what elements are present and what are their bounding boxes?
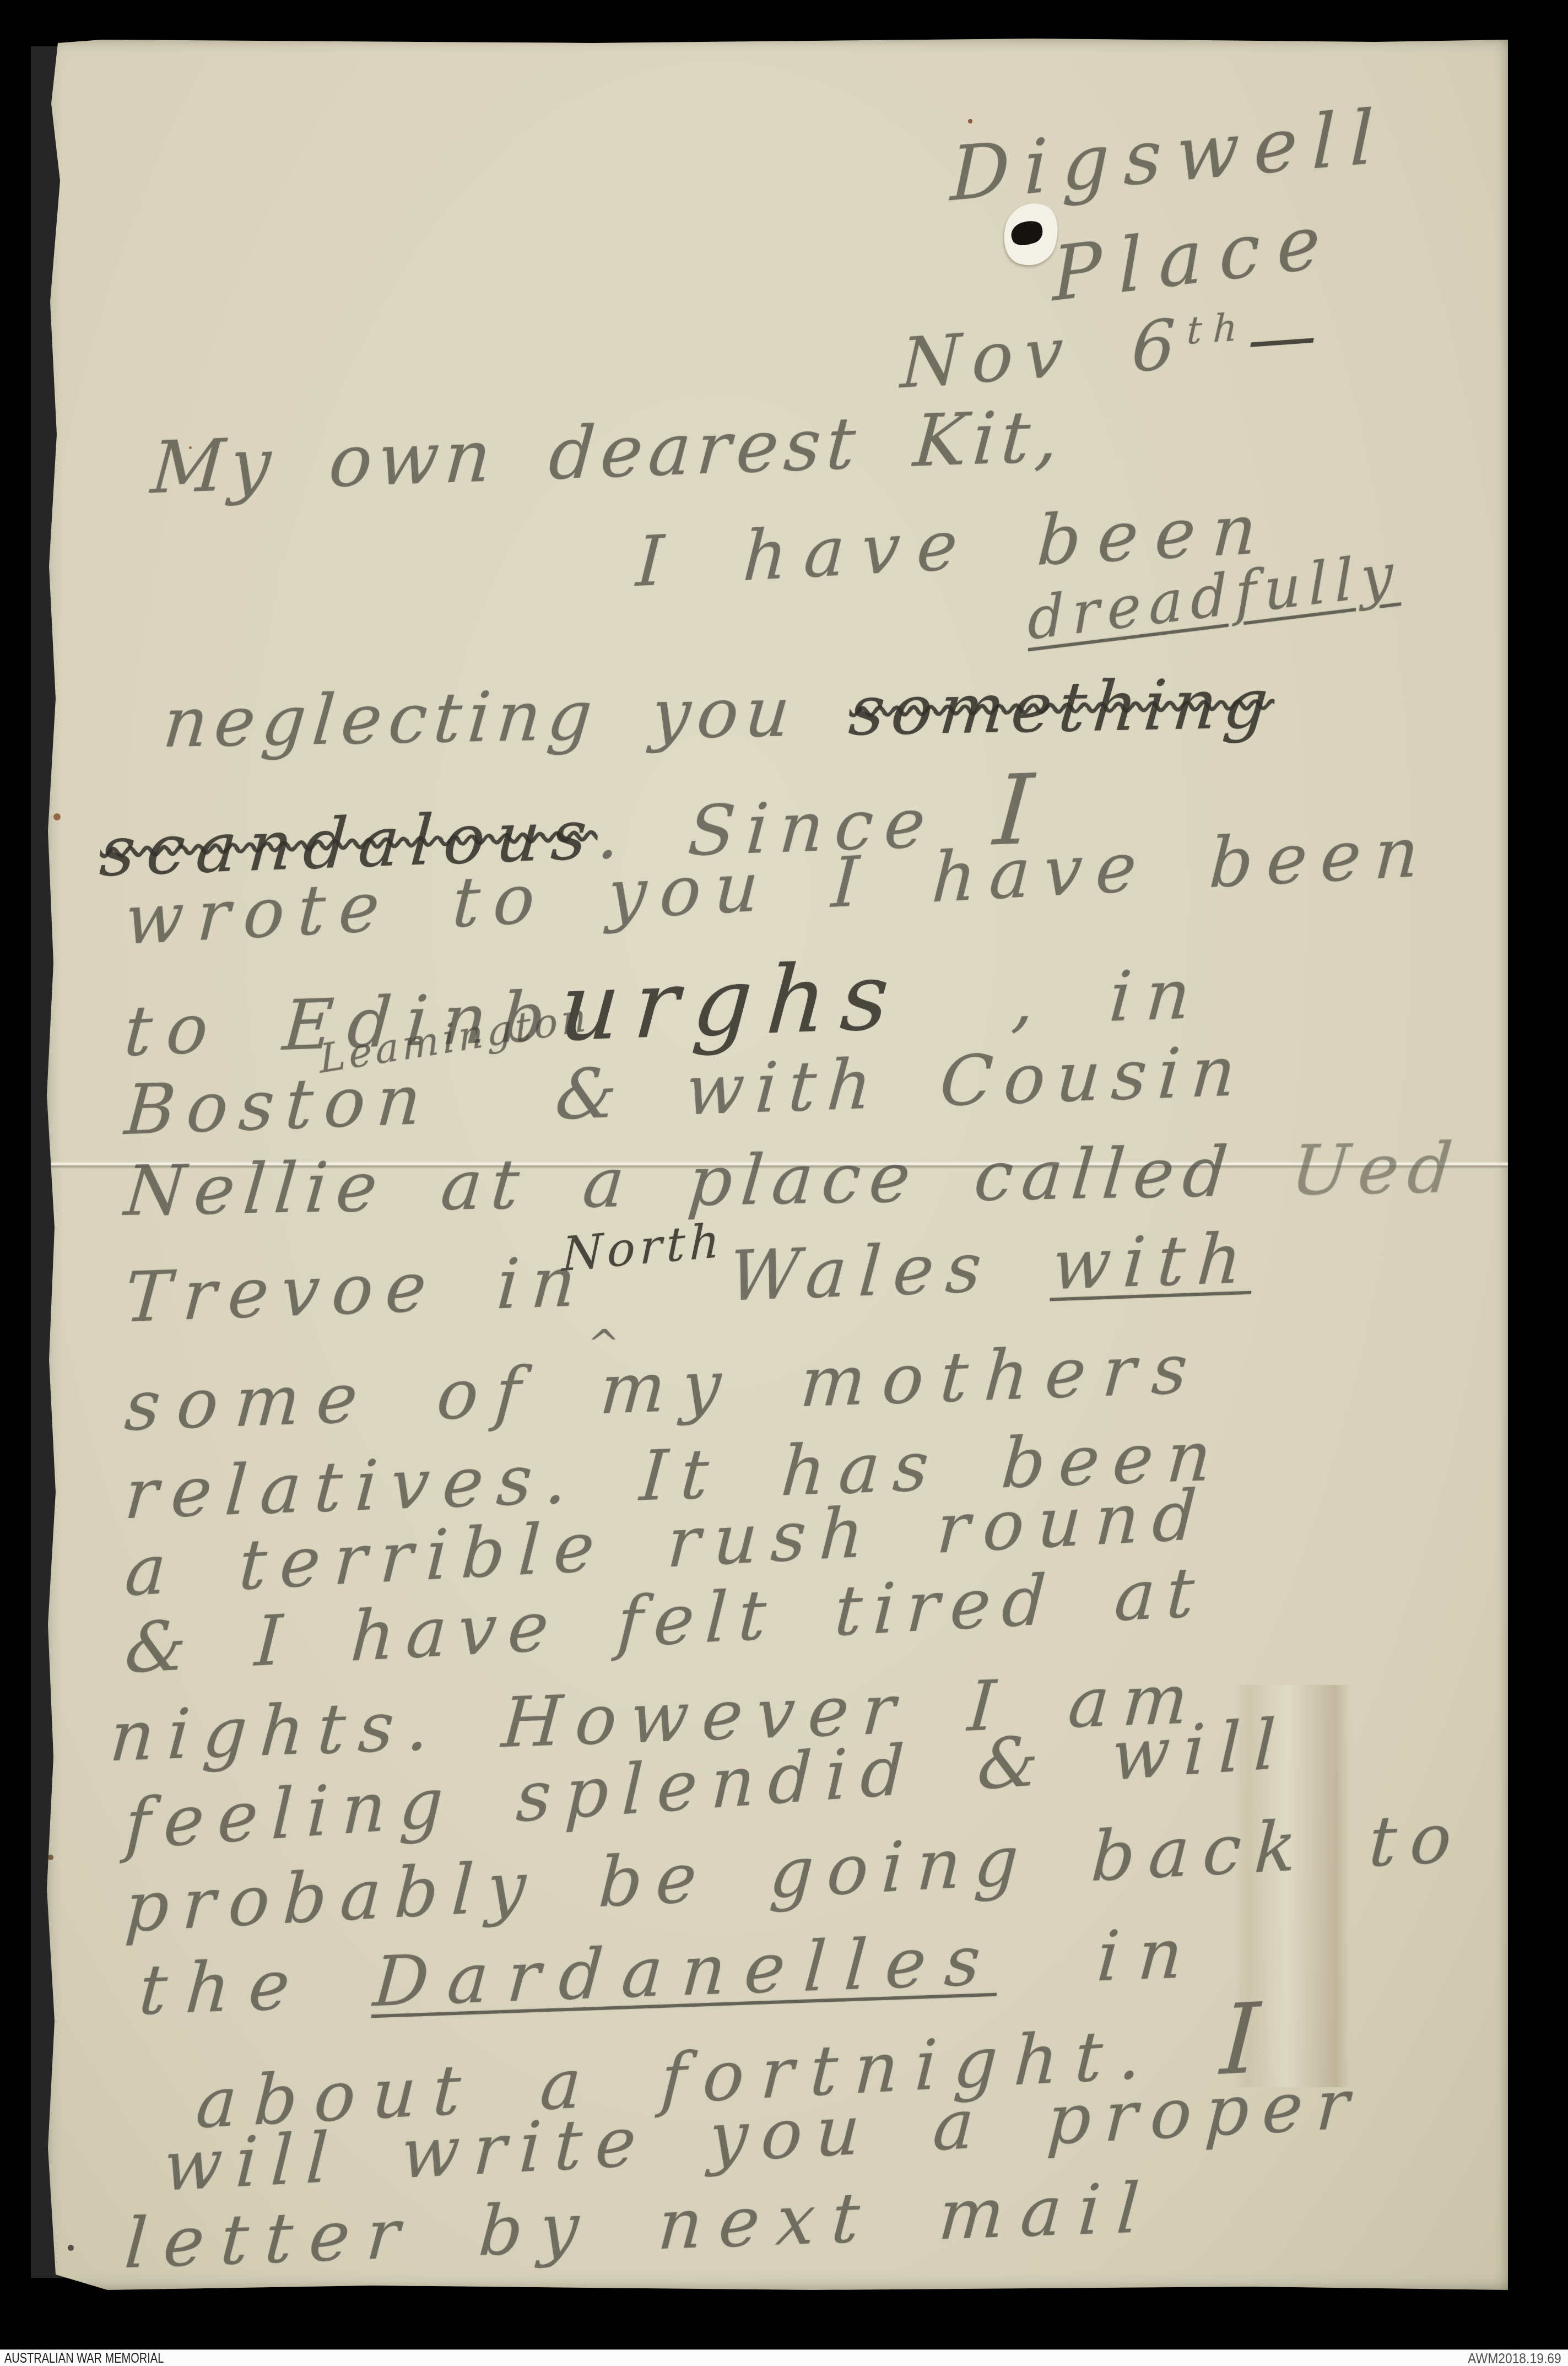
handwriting-lines: DigswellPlaceNov 6th—My own dearest Kit,… xyxy=(41,37,1508,2290)
paper-hole xyxy=(1004,203,1057,266)
handwritten-text: Boston xyxy=(122,1058,493,1151)
handwritten-text: neglecting you xyxy=(160,671,853,763)
handwritten-line-salutation: My own dearest Kit, xyxy=(149,394,1067,510)
handwritten-text: the xyxy=(137,1942,376,2030)
handwritten-line-body: Nellie at a place called Ued xyxy=(122,1128,1464,1232)
handwritten-line-body: neglecting you something xyxy=(160,664,1278,763)
handwritten-line-date: Nov 6th— xyxy=(899,294,1329,404)
handwritten-text: something xyxy=(846,664,1278,752)
handwritten-text: — xyxy=(1246,294,1329,380)
handwritten-text: in xyxy=(1029,1913,1204,1999)
letter-page: DigswellPlaceNov 6th—My own dearest Kit,… xyxy=(41,37,1508,2290)
archive-institution-label: AUSTRALIAN WAR MEMORIAL xyxy=(4,2351,164,2366)
scanned-letter-stage: DigswellPlaceNov 6th—My own dearest Kit,… xyxy=(0,0,1568,2366)
handwritten-text: urghs xyxy=(556,941,907,1062)
handwritten-text: Nov 6 xyxy=(899,304,1187,404)
archive-footer-bar: AUSTRALIAN WAR MEMORIAL AWM2018.19.69 xyxy=(0,2349,1568,2366)
handwritten-text: Trevoe in xyxy=(122,1240,649,1338)
handwritten-text: Wales xyxy=(726,1225,1055,1317)
handwritten-text: , in xyxy=(1009,954,1207,1041)
handwritten-text: Ued xyxy=(1288,1128,1464,1212)
archive-catalogue-number: AWM2018.19.69 xyxy=(1468,2351,1561,2366)
handwritten-text: th xyxy=(1186,305,1249,353)
handwritten-text: My own dearest Kit, xyxy=(149,394,1067,510)
handwritten-text: with xyxy=(1050,1218,1257,1305)
